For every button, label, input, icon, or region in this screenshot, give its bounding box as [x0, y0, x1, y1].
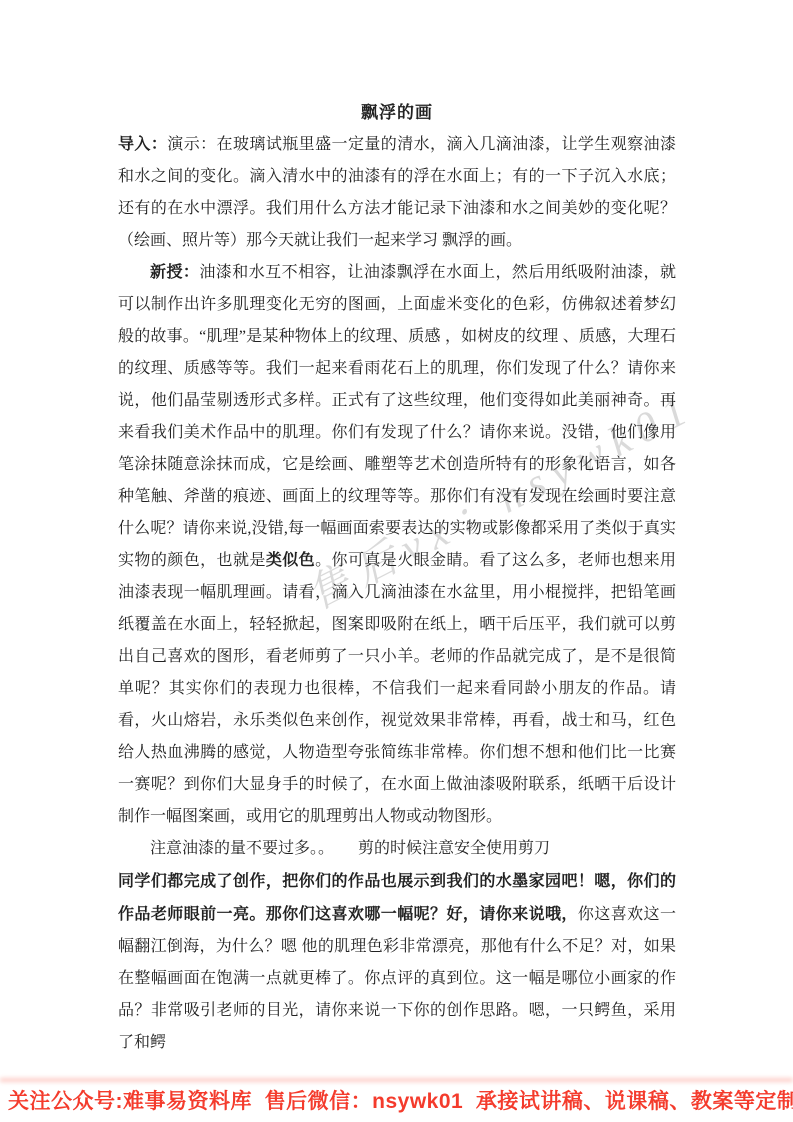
paragraph-new-lesson: 新授：油漆和水互不相容，让油漆飘浮在水面上，然后用纸吸附油漆，就可以制作出许多肌…	[118, 257, 676, 833]
new-lesson-body-text-1: 油漆和水互不相容，让油漆飘浮在水面上，然后用纸吸附油漆，就可以制作出许多肌理变化…	[118, 264, 676, 569]
document-content: 飘浮的画 导入：演示：在玻璃试瓶里盛一定量的清水，滴入几滴油漆，让学生观察油漆和…	[0, 0, 793, 1059]
document-title: 飘浮的画	[118, 97, 676, 129]
intro-lead-label: 导入：	[118, 136, 167, 153]
footer-banner: 关注公众号:难事易资料库 售后微信：nsywk01 承接试讲稿、说课稿、教案等定…	[0, 1078, 793, 1122]
review-normal-text: 你这喜欢这一幅翻江倒海，为什么？嗯 他的肌理色彩非常漂亮，那他有什么不足？对，如…	[118, 906, 676, 1051]
new-lesson-body-text-2: 。你可真是火眼金睛。看了这么多，老师也想来用油漆表现一幅肌理画。请看，滴入几滴油…	[118, 552, 676, 825]
intro-body-text: 演示：在玻璃试瓶里盛一定量的清水，滴入几滴油漆，让学生观察油漆和水之间的变化。滴…	[118, 136, 676, 249]
paragraph-review: 同学们都完成了创作，把你们的作品也展示到我们的水墨家园吧！嗯，你们的作品老师眼前…	[118, 865, 676, 1059]
footer-glow-line	[0, 1078, 793, 1082]
paragraph-safety-note: 注意油漆的量不要过多。。 剪的时候注意安全使用剪刀	[118, 833, 676, 865]
document-page: 售后vx：nsywk01 飘浮的画 导入：演示：在玻璃试瓶里盛一定量的清水，滴入…	[0, 0, 793, 1122]
footer-promo-text: 关注公众号:难事易资料库 售后微信：nsywk01 承接试讲稿、说课稿、教案等定…	[8, 1089, 793, 1115]
emphasis-term-analogous-color: 类似色	[266, 552, 315, 569]
new-lesson-lead-label: 新授：	[150, 264, 199, 281]
paragraph-intro: 导入：演示：在玻璃试瓶里盛一定量的清水，滴入几滴油漆，让学生观察油漆和水之间的变…	[118, 129, 676, 257]
